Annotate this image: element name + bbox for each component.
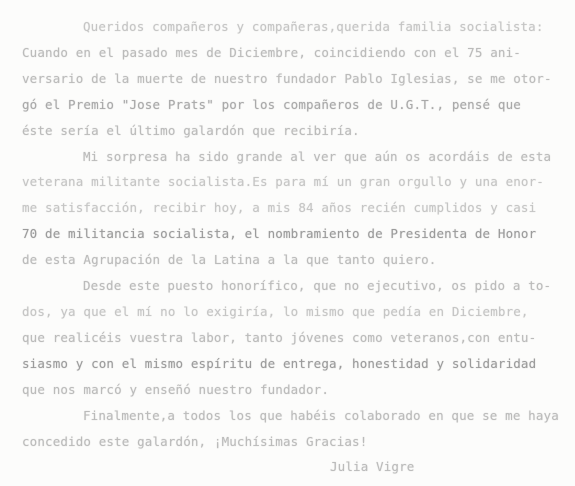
letter-page: Queridos compañeros y compañeras,querida… [0,0,575,486]
letter-line: siasmo y con el mismo espíritu de entreg… [22,351,557,377]
letter-line: éste sería el último galardón que recibi… [22,118,557,144]
letter-line: que realicéis vuestra labor, tanto jóven… [22,325,557,351]
signature: Julia Vigre [330,454,557,480]
letter-line: versario de la muerte de nuestro fundado… [22,66,557,92]
letter-line: Queridos compañeros y compañeras,querida… [22,14,557,40]
letter-line: Cuando en el pasado mes de Diciembre, co… [22,40,557,66]
letter-line: Finalmente,a todos los que habéis colabo… [22,403,557,429]
letter-line: de esta Agrupación de la Latina a la que… [22,247,557,273]
letter-line: veterana militante socialista.Es para mí… [22,169,557,195]
letter-line: me satisfacción, recibir hoy, a mis 84 a… [22,195,557,221]
letter-line: dos, ya que el mí no lo exigiría, lo mis… [22,299,557,325]
letter-line: Desde este puesto honorífico, que no eje… [22,273,557,299]
letter-line: 70 de militancia socialista, el nombrami… [22,221,557,247]
letter-line: Mi sorpresa ha sido grande al ver que aú… [22,144,557,170]
letter-line: que nos marcó y enseñó nuestro fundador. [22,377,557,403]
letter-line: gó el Premio "Jose Prats" por los compañ… [22,92,557,118]
letter-body: Queridos compañeros y compañeras,querida… [0,0,575,480]
letter-line: concedido este galardón, ¡Muchísimas Gra… [22,429,557,455]
